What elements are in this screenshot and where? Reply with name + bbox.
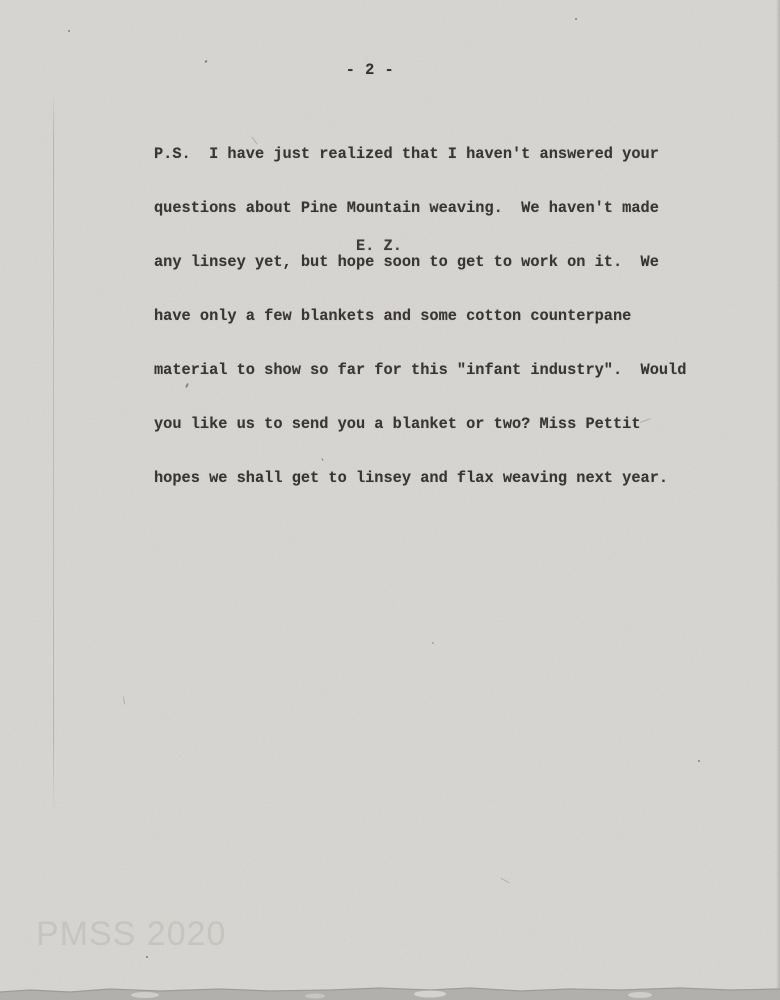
paper-fiber xyxy=(500,878,509,884)
paper-crease-line xyxy=(53,90,54,815)
letter-line: questions about Pine Mountain weaving. W… xyxy=(154,199,686,217)
paper-speck xyxy=(575,18,577,20)
letter-line: have only a few blankets and some cotton… xyxy=(154,307,686,325)
letter-line: you like us to send you a blanket or two… xyxy=(154,415,686,433)
scan-right-shadow xyxy=(776,0,780,1000)
watermark: PMSS 2020 xyxy=(36,915,226,954)
scan-bottom-edge xyxy=(0,984,780,1000)
letter-body: P.S. I have just realized that I haven't… xyxy=(154,109,686,523)
paper-speck xyxy=(68,30,70,32)
letter-line: P.S. I have just realized that I haven't… xyxy=(154,145,686,163)
letter-line: material to show so far for this "infant… xyxy=(154,361,686,379)
paper-speck xyxy=(432,642,434,644)
paper-speck xyxy=(146,956,148,958)
letter-line: hopes we shall get to linsey and flax we… xyxy=(154,469,686,487)
paper-speck xyxy=(698,760,700,762)
scanned-letter-page: - 2 - P.S. I have just realized that I h… xyxy=(0,0,780,1000)
page-number: - 2 - xyxy=(0,61,740,79)
signature-initials: E. Z. xyxy=(356,237,402,255)
letter-line: any linsey yet, but hope soon to get to … xyxy=(154,253,686,271)
paper-fiber xyxy=(123,696,125,704)
